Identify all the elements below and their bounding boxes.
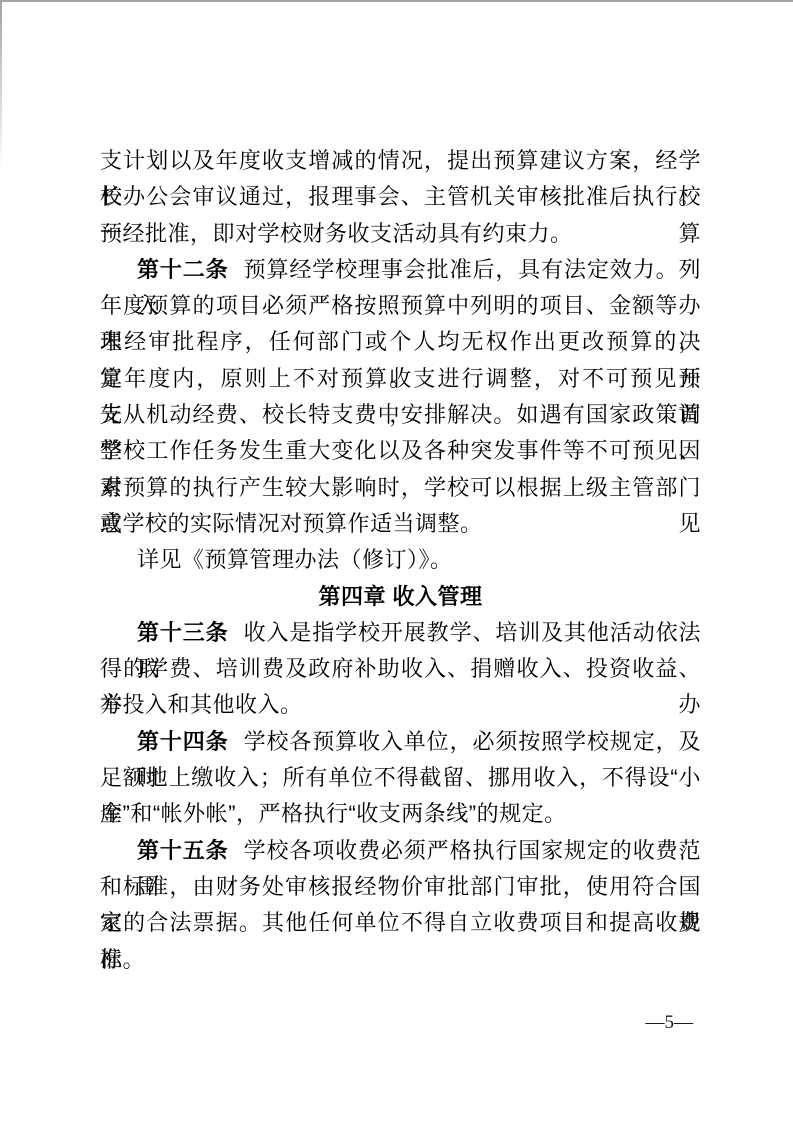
article-number: 第十二条 — [137, 257, 229, 282]
text-line: 第十五条学校各项收费必须严格执行国家规定的收费范围 — [100, 833, 701, 869]
text-line: 库”和“帐外帐”，严格执行“收支两条线”的规定。 — [100, 796, 701, 832]
document-viewport: { "document": { "lines": [ {"text": "支计划… — [0, 0, 793, 1122]
text-line: 长办公会审议通过，报理事会、主管机关审核批准后执行。预算 — [100, 179, 701, 215]
article-number: 第十四条 — [137, 729, 229, 754]
text-line: 得的学费、培训费及政府补助收入、捐赠收入、投资收益、举办 — [100, 651, 701, 687]
text-line: 算年度内，原则上不对预算收支进行调整，对不可预见开支，首 — [100, 361, 701, 397]
article-number: 第十三条 — [137, 620, 229, 645]
text-line: 准。 — [100, 942, 701, 978]
document-lines: 支计划以及年度收支增减的情况，提出预算建议方案，经学校校长办公会审议通过，报理事… — [100, 143, 701, 978]
text-line: 支计划以及年度收支增减的情况，提出预算建议方案，经学校校 — [100, 143, 701, 179]
text-line: 对预算的执行产生较大影响时，学校可以根据上级主管部门意见 — [100, 470, 701, 506]
text-line: 详见《预算管理办法（修订）》。 — [100, 542, 701, 578]
text-line: 第十二条预算经学校理事会批准后，具有法定效力。列入 — [100, 252, 701, 288]
text-line: 学校工作任务发生重大变化以及各种突发事件等不可预见因素 — [100, 433, 701, 469]
text-line: 足额地上缴收入；所有单位不得截留、挪用收入，不得设“小金 — [100, 760, 701, 796]
text-line: 和标准，由财务处审核报经物价审批部门审批，使用符合国家规 — [100, 869, 701, 905]
text-line: 年度预算的项目必须严格按照预算中列明的项目、金额等办理， — [100, 288, 701, 324]
text-line: 未经审批程序，任何部门或个人均无权作出更改预算的决定。预 — [100, 324, 701, 360]
text-line: 第十三条收入是指学校开展教学、培训及其他活动依法取 — [100, 615, 701, 651]
article-number: 第十五条 — [137, 838, 229, 863]
chapter-heading: 第四章 收入管理 — [100, 579, 701, 615]
page-left-edge-artifact — [0, 0, 2, 170]
text-line: 先从机动经费、校长特支费中安排解决。如遇有国家政策调整、 — [100, 397, 701, 433]
document-page: 支计划以及年度收支增减的情况，提出预算建议方案，经学校校长办公会审议通过，报理事… — [0, 0, 793, 1122]
text-line: 第十四条学校各预算收入单位，必须按照学校规定，及时 — [100, 724, 701, 760]
page-number: —5— — [646, 1011, 694, 1035]
text-line: 定的合法票据。其他任何单位不得自立收费项目和提高收费标 — [100, 905, 701, 941]
page-top-edge-artifact — [0, 0, 793, 2]
